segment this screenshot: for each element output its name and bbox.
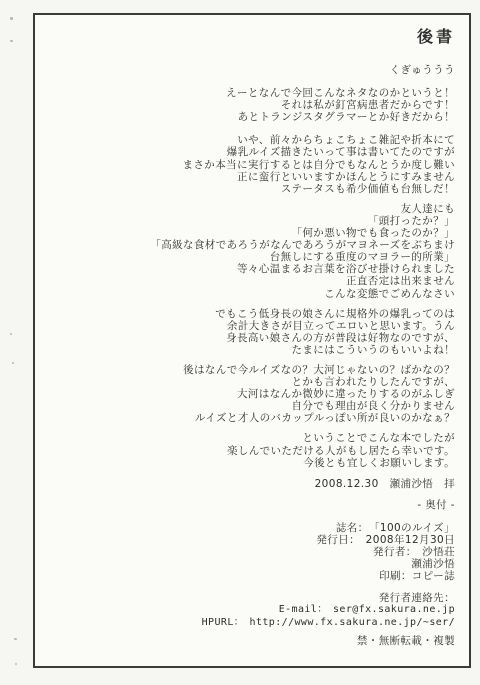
contact-url-line: HPURL： http://www.fx.sakura.ne.jp/~ser/ <box>45 617 455 629</box>
afterword-line: 身長高い娘さんの方が普段は好物なのですが、 <box>45 332 455 344</box>
afterword-paragraph-2: いや、前々からちょこちょこ雑記や折本にて 爆乳ルイズ描きたいって事は書いてたので… <box>45 134 455 194</box>
afterword-paragraph-4: でもこう低身長の娘さんに規格外の爆乳ってのは 余計大きさが目立ってエロいと思いま… <box>45 308 455 356</box>
afterword-line: 正に蛮行といいますかほんとうにすみません <box>45 171 455 183</box>
afterword-line: たまにはこういうのもいいよね！ <box>45 344 455 356</box>
afterword-line: 余計大きさが目立ってエロいと思います。うん <box>45 320 455 332</box>
afterword-line: 「高級な食材であろうがなんであろうがマヨネーズをぶちまけ <box>45 239 455 251</box>
afterword-line: 大河はなんか微妙に違ったりするのがふしぎ <box>45 388 455 400</box>
afterword-line: とかも言われたりしたんですが、 <box>45 376 455 388</box>
scan-speck <box>10 17 13 20</box>
afterword-line: ということでこんな本でしたが <box>45 432 455 444</box>
afterword-line: あとトランジスタグラマーとか好きだから！ <box>45 111 455 123</box>
scan-speck <box>10 333 12 335</box>
afterword-line: まさか本当に実行するとは自分でもなんとうか度し難い <box>45 159 455 171</box>
colophon-line-title: 誌名： 「100のルイズ」 <box>45 522 455 534</box>
afterword-line: 今後とも宜しくお願いします。 <box>45 457 455 469</box>
afterword-line: 台無しにする重度のマヨラー的所業」 <box>45 251 455 263</box>
page-border-frame: 後書 くぎゅううう えーとなんで今回こんなネタなのかというと！ それは私が釘宮病… <box>33 13 471 668</box>
afterword-line: 「頭打ったか？」 <box>45 215 455 227</box>
signature-line: 2008.12.30 瀬浦沙悟 拝 <box>45 478 455 490</box>
scan-speck <box>15 663 17 665</box>
afterword-paragraph-1: えーとなんで今回こんなネタなのかというと！ それは私が釘宮病患者だからです！ あ… <box>45 87 455 123</box>
colophon-line-author: 瀬浦沙悟 <box>45 558 455 570</box>
afterword-line: 後はなんで今ルイズなの？大河じゃないの？ばかなの？ <box>45 364 455 376</box>
afterword-line: でもこう低身長の娘さんに規格外の爆乳ってのは <box>45 308 455 320</box>
colophon-line-publisher: 発行者： 沙悟荘 <box>45 546 455 558</box>
afterword-line: こんな変態でごめんなさい <box>45 288 455 300</box>
afterword-line: それは私が釘宮病患者だからです！ <box>45 99 455 111</box>
afterword-line: いや、前々からちょこちょこ雑記や折本にて <box>45 134 455 146</box>
afterword-line: 等々心温まるお言葉を浴びせ掛けられました <box>45 263 455 275</box>
afterword-line: ルイズと才人のバカップルっぽい所が良いのかなぁ？ <box>45 412 455 424</box>
afterword-paragraph-5: 後はなんで今ルイズなの？大河じゃないの？ばかなの？ とかも言われたりしたんですが… <box>45 364 455 424</box>
colophon-block: 誌名： 「100のルイズ」 発行日： 2008年12月30日 発行者： 沙悟荘 … <box>45 522 455 582</box>
scan-speck <box>10 40 13 42</box>
afterword-line: 楽しんでいただける人がもし居たら幸いです。 <box>45 445 455 457</box>
afterword-line: ステータスも希少価値も台無しだ！ <box>45 183 455 195</box>
afterword-line: 友人達にも <box>45 203 455 215</box>
afterword-line: 爆乳ルイズ描きたいって事は書いてたのですが <box>45 146 455 158</box>
afterword-line: 自分でも理由が良く分かりません <box>45 400 455 412</box>
page-title: 後書 <box>45 28 455 46</box>
scan-speck <box>12 362 14 364</box>
colophon-header: - 奥付 - <box>45 499 455 511</box>
greeting-text: くぎゅううう <box>45 64 455 76</box>
reproduction-notice: 禁・無断転載・複製 <box>45 635 455 647</box>
scan-speck <box>14 638 17 640</box>
contact-header: 発行者連絡先： <box>45 592 455 604</box>
afterword-line: 「何か悪い物でも食ったのか？」 <box>45 227 455 239</box>
contact-email-line: E-mail： ser@fx.sakura.ne.jp <box>45 604 455 616</box>
afterword-paragraph-6: ということでこんな本でしたが 楽しんでいただける人がもし居たら幸いです。 今後と… <box>45 432 455 468</box>
contact-block: 発行者連絡先： E-mail： ser@fx.sakura.ne.jp HPUR… <box>45 592 455 628</box>
afterword-line: 正直否定は出来ません <box>45 275 455 287</box>
afterword-paragraph-3: 友人達にも 「頭打ったか？」 「何か悪い物でも食ったのか？」 「高級な食材であろ… <box>45 203 455 300</box>
colophon-line-printing: 印刷：コピー誌 <box>45 570 455 582</box>
afterword-line: えーとなんで今回こんなネタなのかというと！ <box>45 87 455 99</box>
colophon-line-date: 発行日： 2008年12月30日 <box>45 534 455 546</box>
